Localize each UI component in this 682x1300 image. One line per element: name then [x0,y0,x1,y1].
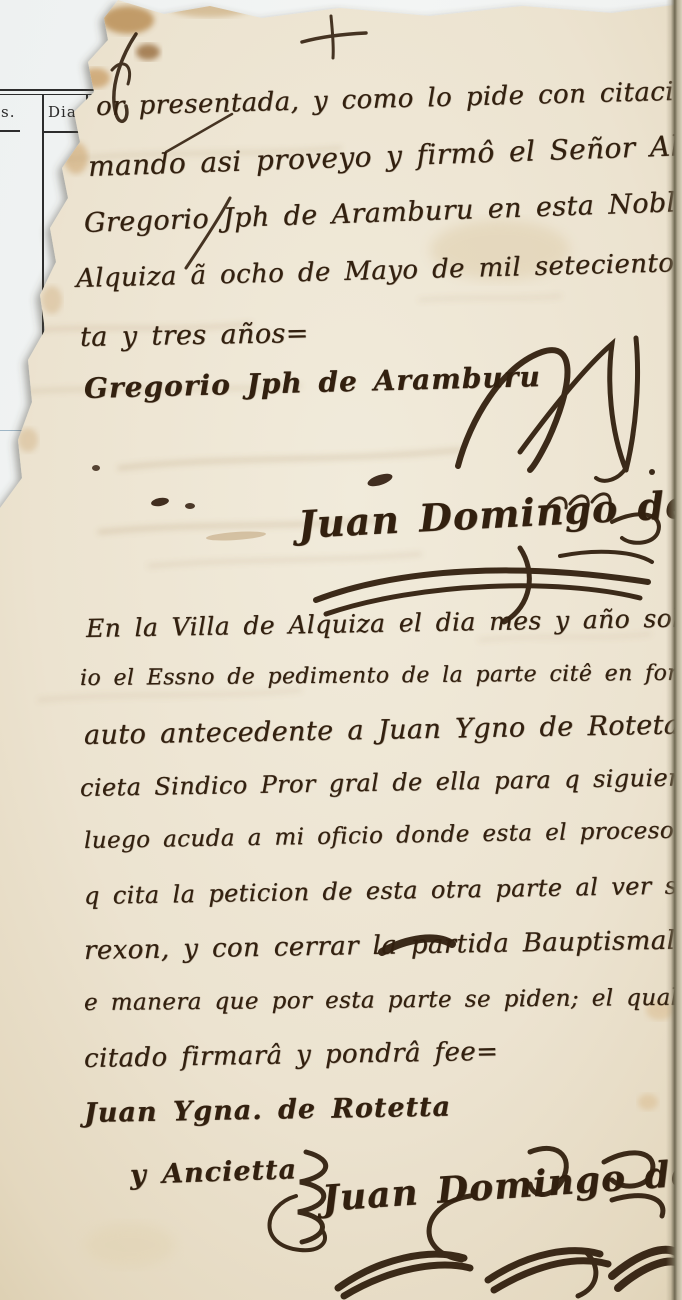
stroke-partida-link [382,938,452,952]
rubric-ysla-mid [316,494,659,622]
cross-mark [302,16,366,58]
scanned-document: s. Dia. [0,0,682,1300]
page-gutter-shadow [666,0,682,1300]
rubric-ysla-bottom [338,1148,680,1296]
rubric-aramburu [458,338,655,481]
ink-flourishes [0,0,682,1300]
folio-mark [112,34,232,268]
rubric-ancieta [270,1152,326,1250]
